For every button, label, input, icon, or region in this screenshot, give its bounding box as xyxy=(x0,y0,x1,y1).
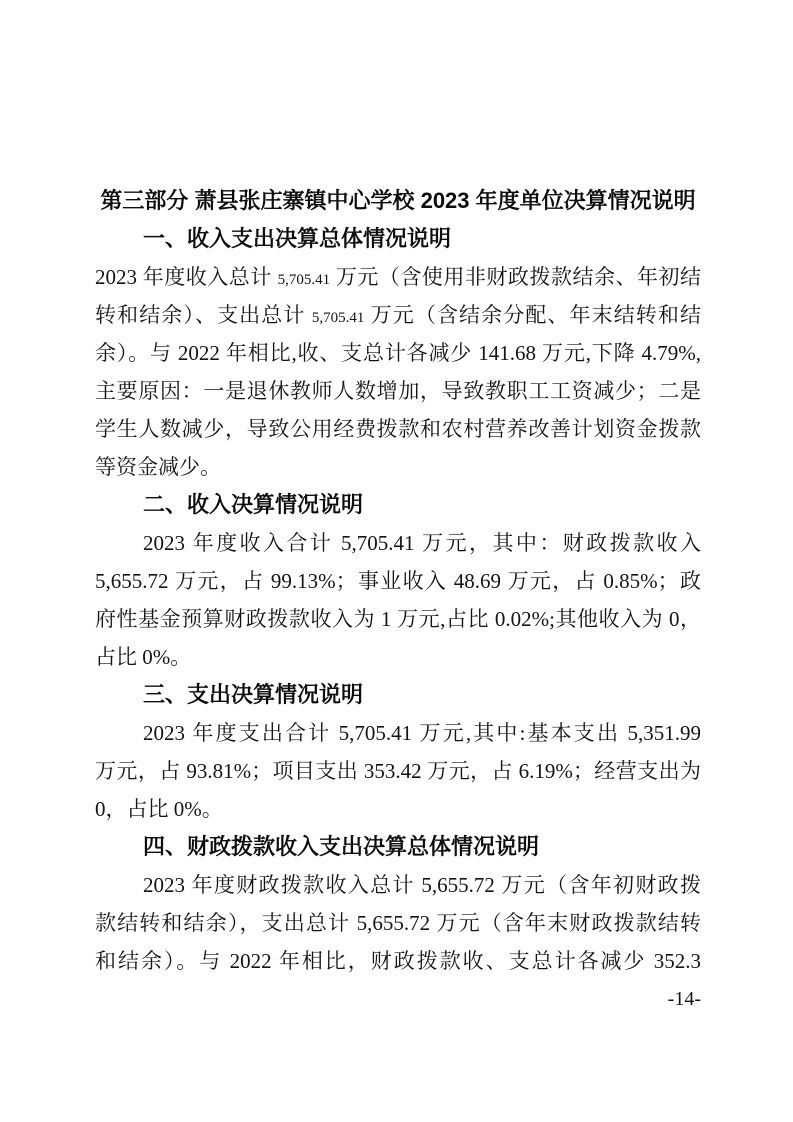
small-number: 5,705.41 xyxy=(312,310,365,326)
section-heading-income-details: 二、收入决算情况说明 xyxy=(95,486,701,524)
section-heading-fiscal-appropriation-overview: 四、财政拨款收入支出决算总体情况说明 xyxy=(95,828,701,866)
paragraph-line: 主要原因：一是退休教师人数增加，导致教职工工资减少；二是 xyxy=(95,372,701,410)
paragraph-line: 0，占比 0%。 xyxy=(95,790,701,828)
paragraph-line: 5,655.72 万元，占 99.13%；事业收入 48.69 万元，占 0.8… xyxy=(95,562,701,600)
paragraph-line: 余）。与 2022 年相比,收、支总计各减少 141.68 万元,下降 4.79… xyxy=(95,334,701,372)
line-text: 转和结余）、支出总计 xyxy=(95,303,312,327)
paragraph-line: 学生人数减少，导致公用经费拨款和农村营养改善计划资金拨款 xyxy=(95,410,701,448)
paragraph-line: 2023 年度财政拨款收入总计 5,655.72 万元（含年初财政拨 xyxy=(95,866,701,904)
paragraph-line: 和结余）。与 2022 年相比，财政拨款收、支总计各减少 352.3 xyxy=(95,942,701,980)
document-page: 第三部分 萧县张庄寨镇中心学校 2023 年度单位决算情况说明 一、收入支出决算… xyxy=(0,0,793,1122)
paragraph-line: 2023 年度支出合计 5,705.41 万元,其中:基本支出 5,351.99 xyxy=(95,714,701,752)
paragraph-line: 万元，占 93.81%；项目支出 353.42 万元，占 6.19%；经营支出为 xyxy=(95,752,701,790)
paragraph-line: 等资金减少。 xyxy=(95,448,701,486)
paragraph-line: 转和结余）、支出总计 5,705.41 万元（含结余分配、年末结转和结 xyxy=(95,296,701,334)
document-title: 第三部分 萧县张庄寨镇中心学校 2023 年度单位决算情况说明 xyxy=(95,182,701,220)
paragraph-line: 2023 年度收入总计 5,705.41 万元（含使用非财政拨款结余、年初结 xyxy=(95,258,701,296)
line-text: 万元（含结余分配、年末结转和结 xyxy=(364,303,701,327)
paragraph-line: 府性基金预算财政拨款收入为 1 万元,占比 0.02%;其他收入为 0， xyxy=(95,600,701,638)
document-body: 第三部分 萧县张庄寨镇中心学校 2023 年度单位决算情况说明 一、收入支出决算… xyxy=(95,182,701,980)
line-text: 2023 年度收入总计 xyxy=(95,265,278,289)
paragraph-line: 占比 0%。 xyxy=(95,638,701,676)
page-number: -14- xyxy=(95,988,701,1011)
small-number: 5,705.41 xyxy=(278,272,331,288)
section-heading-expenditure-details: 三、支出决算情况说明 xyxy=(95,676,701,714)
line-text: 万元（含使用非财政拨款结余、年初结 xyxy=(330,265,701,289)
paragraph-line: 款结转和结余），支出总计 5,655.72 万元（含年末财政拨款结转 xyxy=(95,904,701,942)
paragraph-line: 2023 年度收入合计 5,705.41 万元，其中：财政拨款收入 xyxy=(95,524,701,562)
section-heading-income-expenditure-overview: 一、收入支出决算总体情况说明 xyxy=(95,220,701,258)
